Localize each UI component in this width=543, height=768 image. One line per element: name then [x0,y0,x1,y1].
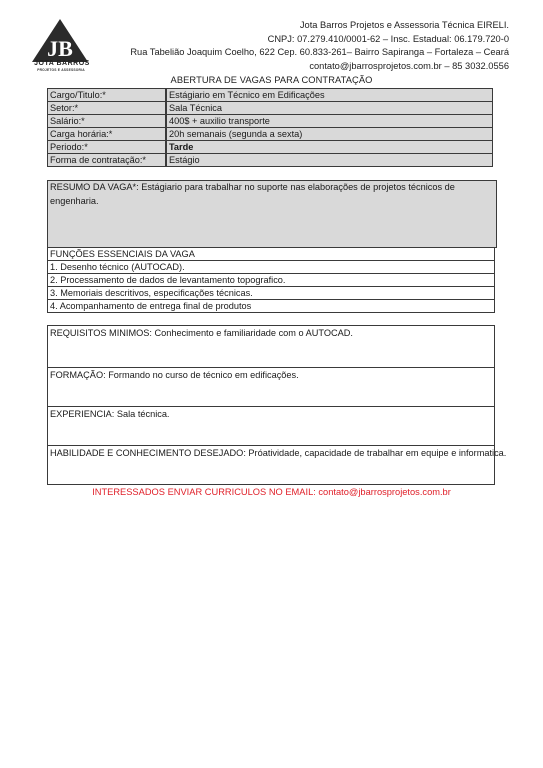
company-address: Rua Tabelião Joaquim Coelho, 622 Cep. 60… [130,46,509,60]
requirement-education: FORMAÇÃO: Formando no curso de técnico e… [48,367,494,406]
requirement-experience: EXPERIENCIA: Sala técnica. [48,406,494,445]
requirements-box: REQUISITOS MINIMOS: Conhecimento e famil… [47,325,495,485]
info-label: Cargo/Titulo:* [48,89,167,102]
info-row: Setor:*Sala Técnica [48,102,493,115]
info-label: Salário:* [48,115,167,128]
document-title: ABERTURA DE VAGAS PARA CONTRATAÇÃO [0,75,543,85]
info-label: Setor:* [48,102,167,115]
job-info-table: Cargo/Titulo:*Estágiario em Técnico em E… [47,88,493,167]
triangle-logo-icon: JB [30,18,90,64]
info-value: Estágiario em Técnico em Edificações [166,89,493,102]
info-row: Salário:*400$ + auxilio transporte [48,115,493,128]
info-row: Periodo:*Tarde [48,141,493,154]
info-label: Carga horária:* [48,128,167,141]
info-value: Tarde [166,141,493,154]
info-label: Forma de contratação:* [48,154,167,167]
function-item: 2. Processamento de dados de levantament… [48,274,495,287]
info-row: Cargo/Titulo:*Estágiario em Técnico em E… [48,89,493,102]
application-instructions: INTERESSADOS ENVIAR CURRICULOS NO EMAIL:… [0,487,543,497]
function-item: 4. Acompanhamento de entrega final de pr… [48,300,495,313]
company-header: Jota Barros Projetos e Assessoria Técnic… [130,19,509,73]
requirement-minimum: REQUISITOS MINIMOS: Conhecimento e famil… [48,326,494,367]
company-contact: contato@jbarrosprojetos.com.br – 85 3032… [130,60,509,74]
company-registration: CNPJ: 07.279.410/0001-62 – Insc. Estadua… [130,33,509,47]
info-value: Sala Técnica [166,102,493,115]
info-value: 20h semanais (segunda a sexta) [166,128,493,141]
info-row: Forma de contratação:*Estágio [48,154,493,167]
essential-functions-table: FUNÇÕES ESSENCIAIS DA VAGA 1. Desenho té… [47,247,495,313]
function-item: 3. Memoriais descritivos, especificações… [48,287,495,300]
requirement-skills: HABILIDADE E CONHECIMENTO DESEJADO: Próa… [48,445,494,484]
job-summary: RESUMO DA VAGA*: Estágiario para trabalh… [47,180,497,248]
info-row: Carga horária:*20h semanais (segunda a s… [48,128,493,141]
function-item: 1. Desenho técnico (AUTOCAD). [48,261,495,274]
info-value: Estágio [166,154,493,167]
logo-name: JOTA BARROS [32,60,92,67]
logo-subtitle: PROJETOS E ASSESSORIA [30,68,92,72]
company-name: Jota Barros Projetos e Assessoria Técnic… [130,19,509,33]
info-value: 400$ + auxilio transporte [166,115,493,128]
info-label: Periodo:* [48,141,167,154]
functions-header: FUNÇÕES ESSENCIAIS DA VAGA [48,248,495,261]
svg-text:JB: JB [47,36,73,61]
